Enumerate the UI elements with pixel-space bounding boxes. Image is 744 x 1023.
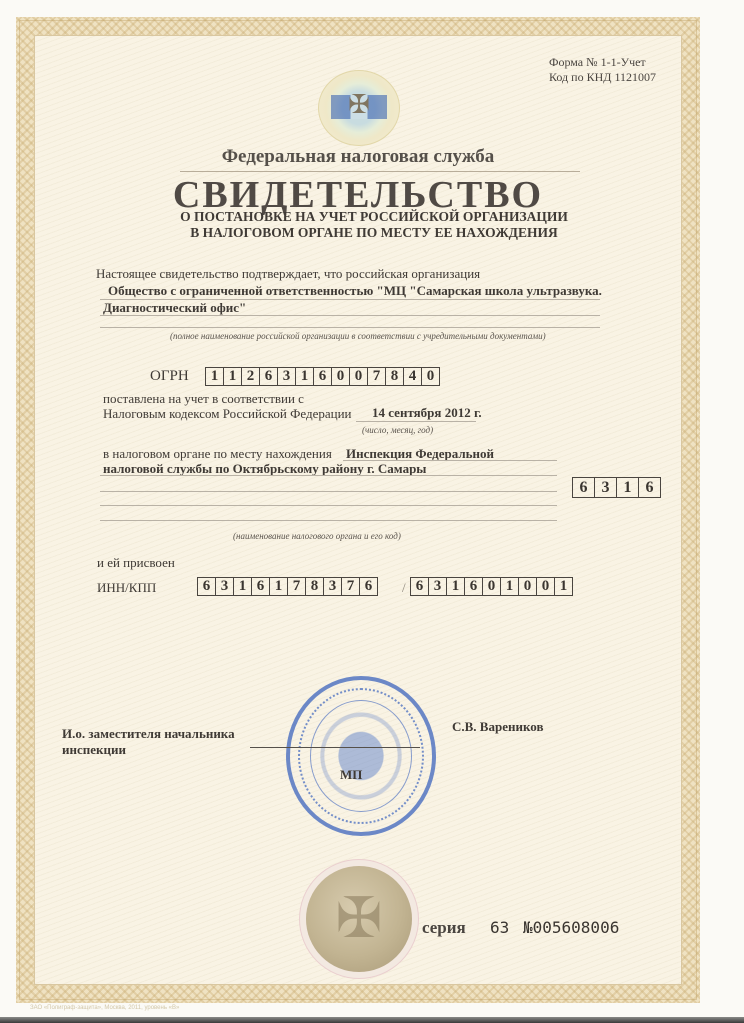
position-line-1: И.о. заместителя начальника bbox=[62, 726, 235, 742]
eagle-emblem-icon: ✠ bbox=[306, 866, 412, 972]
digit-cell: 6 bbox=[360, 578, 377, 595]
digit-cell: 0 bbox=[422, 368, 439, 385]
tax-authority-code: 6316 bbox=[572, 477, 661, 498]
ogrn-digits: 1126316007840 bbox=[205, 367, 440, 386]
digit-cell: 2 bbox=[242, 368, 260, 385]
digit-cell: 6 bbox=[314, 368, 332, 385]
kpp-digits: 631601001 bbox=[410, 577, 573, 596]
subtitle-line-1: О ПОСТАНОВКЕ НА УЧЕТ РОССИЙСКОЙ ОРГАНИЗА… bbox=[0, 209, 744, 225]
registration-line-1: поставлена на учет в соответствии с bbox=[103, 391, 304, 407]
digit-cell: 1 bbox=[501, 578, 519, 595]
document-subtitle: О ПОСТАНОВКЕ НА УЧЕТ РОССИЙСКОЙ ОРГАНИЗА… bbox=[0, 209, 744, 241]
knd-code: Код по КНД 1121007 bbox=[549, 70, 656, 85]
subtitle-line-2: В НАЛОГОВОМ ОРГАНЕ ПО МЕСТУ ЕЕ НАХОЖДЕНИ… bbox=[0, 225, 744, 241]
digit-cell: 6 bbox=[260, 368, 278, 385]
hologram-emblem: ✠ bbox=[318, 70, 400, 146]
field-line bbox=[100, 505, 557, 506]
digit-cell: 3 bbox=[278, 368, 296, 385]
assigned-intro: и ей присвоен bbox=[97, 555, 175, 571]
field-line bbox=[100, 327, 600, 328]
field-line bbox=[100, 520, 557, 521]
digit-cell: 6 bbox=[639, 478, 660, 497]
digit-cell: 8 bbox=[306, 578, 324, 595]
inn-kpp-separator: / bbox=[402, 580, 406, 596]
official-stamp bbox=[286, 676, 436, 836]
coat-of-arms-icon: ✠ bbox=[345, 87, 373, 123]
digit-cell: 3 bbox=[595, 478, 617, 497]
divider bbox=[180, 171, 580, 172]
digit-cell: 1 bbox=[234, 578, 252, 595]
digit-cell: 1 bbox=[617, 478, 639, 497]
signature-line bbox=[250, 747, 420, 748]
stamp-label: МП bbox=[340, 767, 362, 783]
ogrn-label: ОГРН bbox=[150, 368, 189, 385]
digit-cell: 6 bbox=[198, 578, 216, 595]
digit-cell: 0 bbox=[350, 368, 368, 385]
registration-line-2: Налоговым кодексом Российской Федерации bbox=[103, 406, 352, 422]
organization-intro: Настоящее свидетельство подтверждает, чт… bbox=[96, 266, 480, 282]
inn-digits: 6316178376 bbox=[197, 577, 378, 596]
digit-cell: 1 bbox=[224, 368, 242, 385]
digit-cell: 8 bbox=[386, 368, 404, 385]
registration-date: 14 сентября 2012 г. bbox=[372, 405, 482, 421]
digit-cell: 6 bbox=[411, 578, 429, 595]
form-info: Форма № 1-1-Учет Код по КНД 1121007 bbox=[549, 55, 656, 85]
digit-cell: 0 bbox=[519, 578, 537, 595]
digit-cell: 0 bbox=[332, 368, 350, 385]
form-number: Форма № 1-1-Учет bbox=[549, 55, 656, 70]
organization-name-line-2: Диагностический офис" bbox=[103, 300, 246, 316]
digit-cell: 7 bbox=[342, 578, 360, 595]
digit-cell: 1 bbox=[270, 578, 288, 595]
digit-cell: 0 bbox=[483, 578, 501, 595]
digit-cell: 6 bbox=[465, 578, 483, 595]
digit-cell: 1 bbox=[555, 578, 572, 595]
organization-hint: (полное наименование российской организа… bbox=[170, 331, 546, 341]
date-hint: (число, месяц, год) bbox=[362, 425, 433, 435]
position-line-2: инспекции bbox=[62, 742, 235, 758]
digit-cell: 3 bbox=[324, 578, 342, 595]
field-line bbox=[100, 315, 600, 316]
digit-cell: 1 bbox=[206, 368, 224, 385]
digit-cell: 3 bbox=[429, 578, 447, 595]
inn-kpp-label: ИНН/КПП bbox=[97, 580, 156, 596]
serial-number: №005608006 bbox=[523, 918, 619, 937]
digit-cell: 3 bbox=[216, 578, 234, 595]
digit-cell: 0 bbox=[537, 578, 555, 595]
series-label: серия bbox=[422, 918, 466, 938]
digit-cell: 7 bbox=[368, 368, 386, 385]
series-value: 63 bbox=[490, 918, 509, 937]
field-line bbox=[356, 421, 476, 422]
digit-cell: 1 bbox=[296, 368, 314, 385]
agency-name: Федеральная налоговая служба bbox=[0, 146, 716, 168]
signatory-position: И.о. заместителя начальника инспекции bbox=[62, 726, 235, 758]
organization-name-line-1: Общество с ограниченной ответственностью… bbox=[108, 283, 602, 299]
digit-cell: 7 bbox=[288, 578, 306, 595]
tax-authority-hint: (наименование налогового органа и его ко… bbox=[233, 531, 401, 541]
tax-authority-intro: в налоговом органе по месту нахождения bbox=[103, 446, 332, 462]
signatory-name: С.В. Вареников bbox=[452, 719, 543, 735]
digit-cell: 6 bbox=[573, 478, 595, 497]
embossed-seal: ✠ bbox=[306, 866, 412, 972]
field-line bbox=[100, 491, 557, 492]
digit-cell: 4 bbox=[404, 368, 422, 385]
field-line bbox=[100, 475, 557, 476]
scan-edge bbox=[0, 1017, 744, 1023]
digit-cell: 1 bbox=[447, 578, 465, 595]
digit-cell: 6 bbox=[252, 578, 270, 595]
printer-imprint: ЗАО «Полиграф-защита», Москва, 2011, уро… bbox=[30, 1005, 179, 1011]
